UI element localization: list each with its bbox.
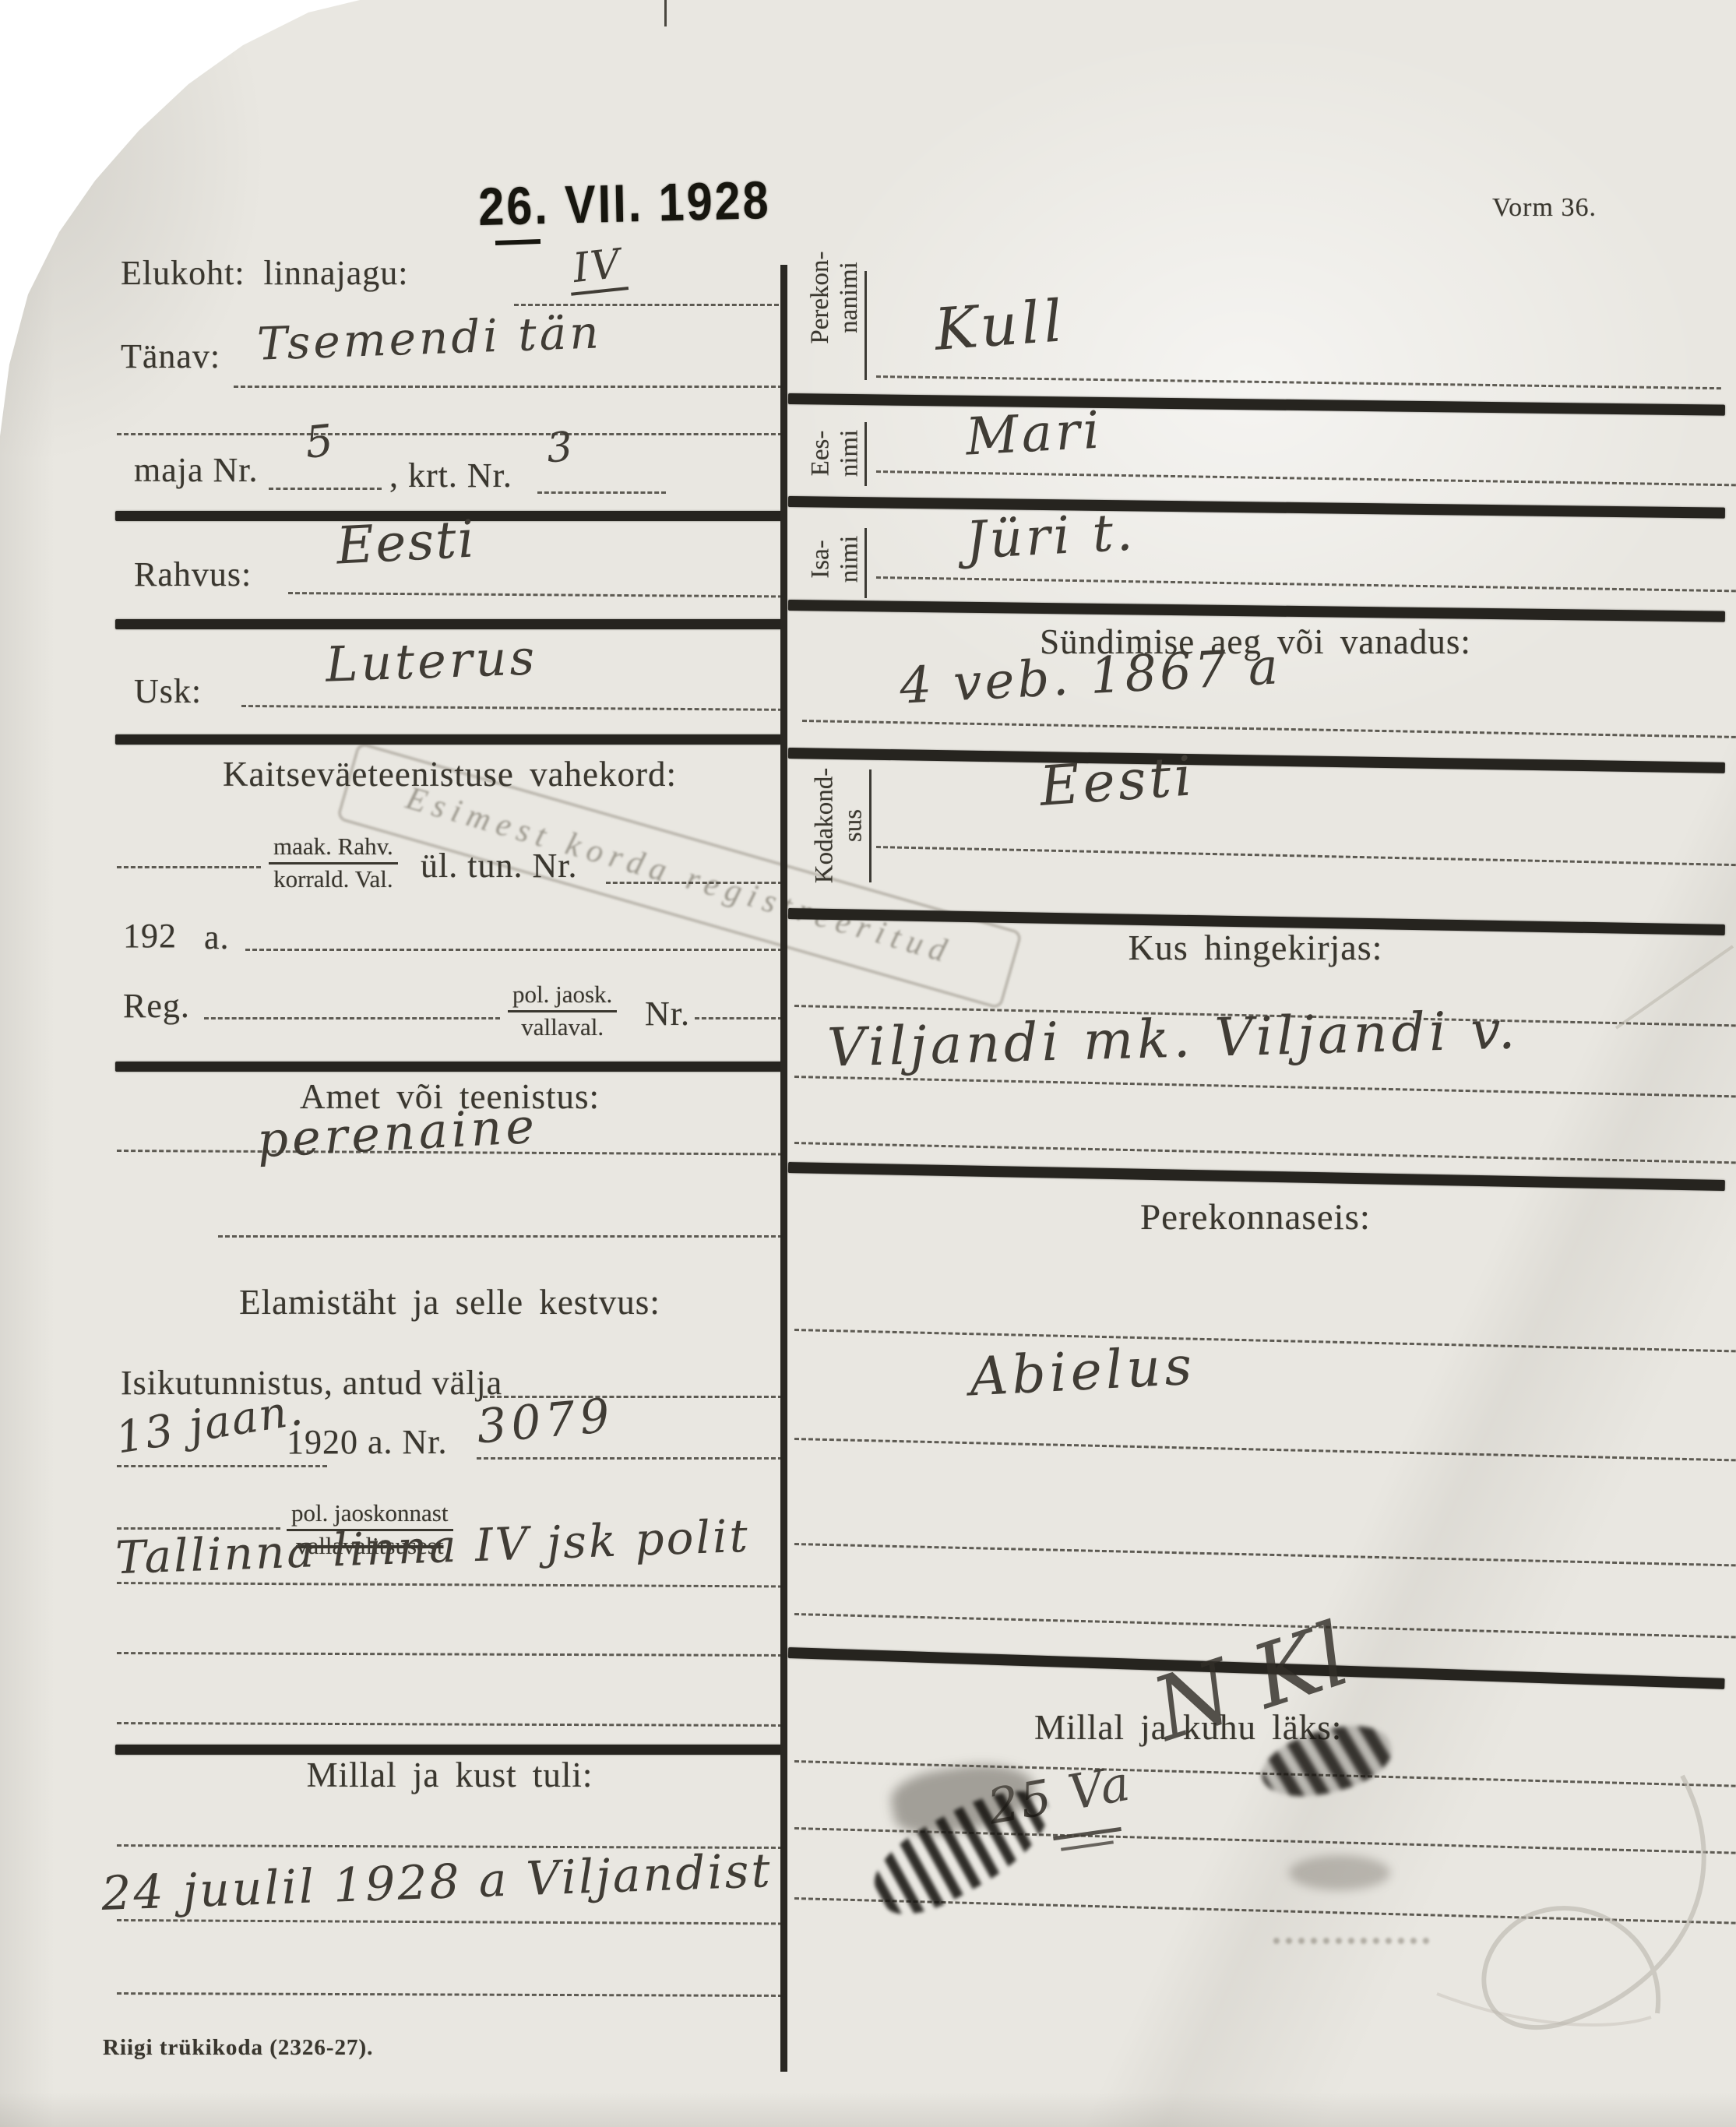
citizenship-value: Eesti xyxy=(1037,744,1196,819)
label-rule xyxy=(864,422,867,486)
firstname-label-line1: Ees- xyxy=(807,431,836,477)
ink-stamp-smudge xyxy=(1273,1938,1429,1944)
military-issuer-fraction: maak. Rahv. korrald. Val. xyxy=(269,832,398,895)
residence-value-handwritten: IV xyxy=(566,240,629,295)
dotted-line xyxy=(876,576,1736,592)
section-separator xyxy=(115,734,783,745)
section-separator xyxy=(788,1162,1725,1191)
religion-label: Usk: xyxy=(134,671,202,711)
dotted-line xyxy=(117,433,783,435)
paper-sheet: 26. VII. 1928 Vorm 36. Esimest korda reg… xyxy=(0,0,1736,2127)
dotted-line xyxy=(288,592,783,597)
military-year-suffix: a. xyxy=(204,917,230,957)
dotted-line xyxy=(269,488,382,490)
dotted-line xyxy=(606,882,783,884)
section-separator xyxy=(115,619,783,629)
fathername-label: Isa- nimi xyxy=(803,503,868,616)
apartment-number-label: , krt. Nr. xyxy=(389,456,512,495)
military-cert-label: ül. tun. Nr. xyxy=(421,846,577,886)
surname-label: Perekon- nanimi xyxy=(802,220,868,375)
fraction-top: maak. Rahv. xyxy=(269,832,398,865)
dotted-line xyxy=(117,1465,327,1467)
dotted-line xyxy=(794,1142,1736,1164)
dotted-line xyxy=(241,705,783,711)
reg-office-fraction: pol. jaosk. vallaval. xyxy=(508,980,617,1043)
dotted-line xyxy=(234,386,783,388)
id-year-label: 1920 a. Nr. xyxy=(287,1422,448,1462)
dotted-line xyxy=(537,491,666,494)
dotted-line xyxy=(695,1017,783,1019)
marital-value: Abielus xyxy=(968,1335,1197,1408)
firstname-value: Mari xyxy=(964,400,1104,467)
military-service-title: Kaitseväeteenistuse vahekord: xyxy=(117,754,783,794)
label-rule xyxy=(869,769,872,882)
section-separator xyxy=(788,748,1725,773)
residence-permit-title: Elamistäht ja selle kestvus: xyxy=(117,1282,783,1322)
surname-label-line2: nanimi xyxy=(835,262,864,333)
dotted-line xyxy=(117,1992,783,1997)
fathername-label-line2: nimi xyxy=(836,536,864,583)
apartment-number-value: 3 xyxy=(544,424,576,473)
section-separator xyxy=(788,393,1725,416)
house-number-label: maja Nr. xyxy=(134,450,259,490)
surname-value: Kull xyxy=(932,287,1068,364)
reg-nr-label: Nr. xyxy=(645,994,690,1034)
dotted-line xyxy=(117,866,261,868)
form-number: Vorm 36. xyxy=(1492,193,1597,223)
date-stamp-underline xyxy=(495,239,541,245)
dotted-line xyxy=(117,1652,783,1657)
fathername-label-line1: Isa- xyxy=(807,540,836,578)
fraction-bottom: vallaval. xyxy=(508,1012,617,1043)
scanned-registration-card: 26. VII. 1928 Vorm 36. Esimest korda reg… xyxy=(0,0,1736,2127)
dotted-line xyxy=(802,720,1736,738)
scan-artifact-line xyxy=(664,0,667,26)
nationality-label: Rahvus: xyxy=(134,555,252,594)
religion-value: Luterus xyxy=(325,629,538,692)
dotted-line xyxy=(218,1235,783,1238)
dotted-line xyxy=(876,375,1721,389)
section-separator xyxy=(788,600,1725,622)
arrival-title: Millal ja kust tuli: xyxy=(117,1755,783,1795)
dotted-line xyxy=(204,1017,500,1019)
dotted-line xyxy=(117,1582,783,1587)
nationality-value: Eesti xyxy=(335,509,477,576)
ink-stamp-smudge xyxy=(1289,1855,1390,1890)
section-separator xyxy=(115,1062,783,1072)
section-separator xyxy=(788,496,1725,519)
street-label: Tänav: xyxy=(121,336,220,376)
dotted-line xyxy=(794,1329,1736,1352)
id-number-handwritten: 3079 xyxy=(474,1388,616,1454)
dotted-line xyxy=(245,949,783,951)
reg-label: Reg. xyxy=(123,986,190,1026)
dotted-line xyxy=(117,1722,783,1727)
firstname-label: Ees- nimi xyxy=(803,397,868,510)
citizenship-label: Kodakond- sus xyxy=(807,738,872,914)
dotted-line xyxy=(117,1919,783,1925)
dotted-line xyxy=(794,1076,1736,1097)
residence-label: Elukoht: linnajagu: xyxy=(121,253,409,293)
dotted-line xyxy=(876,470,1736,486)
printer-footer: Riigi trükikoda (2326-27). xyxy=(103,2035,373,2061)
issuer-value-handwritten: Tallinna linna IV jsk polit xyxy=(114,1509,751,1584)
fathername-value: Jüri t. xyxy=(964,502,1137,570)
house-number-value: 5 xyxy=(303,415,337,469)
marital-title: Perekonnaseis: xyxy=(788,1196,1723,1238)
dotted-line xyxy=(477,1457,783,1460)
citizenship-label-line1: Kodakond- xyxy=(811,768,840,883)
dotted-line xyxy=(794,1438,1736,1461)
street-value-handwritten: Tsemendi tän xyxy=(256,305,603,370)
fraction-top: pol. jaosk. xyxy=(508,980,617,1012)
label-rule xyxy=(864,271,867,380)
dotted-line xyxy=(876,846,1736,866)
id-issued-label: Isikutunnistus, antud välja xyxy=(121,1363,502,1403)
section-separator xyxy=(115,1745,783,1755)
column-divider xyxy=(780,265,787,2072)
citizenship-label-line2: sus xyxy=(840,809,868,842)
registered-title: Kus hingekirjas: xyxy=(788,927,1723,968)
registered-value: Viljandi mk. Viljandi v. xyxy=(826,999,1519,1079)
arrival-value-handwritten: 24 juulil 1928 a Viljandist xyxy=(100,1844,773,1921)
surname-label-line1: Perekon- xyxy=(806,251,835,343)
date-stamp: 26. VII. 1928 xyxy=(478,169,772,238)
fraction-bottom: korrald. Val. xyxy=(269,865,398,895)
firstname-label-line2: nimi xyxy=(836,430,864,477)
departure-date-underline2 xyxy=(1061,1840,1114,1851)
military-year-label: 192 xyxy=(123,916,177,956)
dotted-line xyxy=(514,304,779,306)
dotted-line xyxy=(794,1543,1736,1566)
label-rule xyxy=(864,528,867,598)
